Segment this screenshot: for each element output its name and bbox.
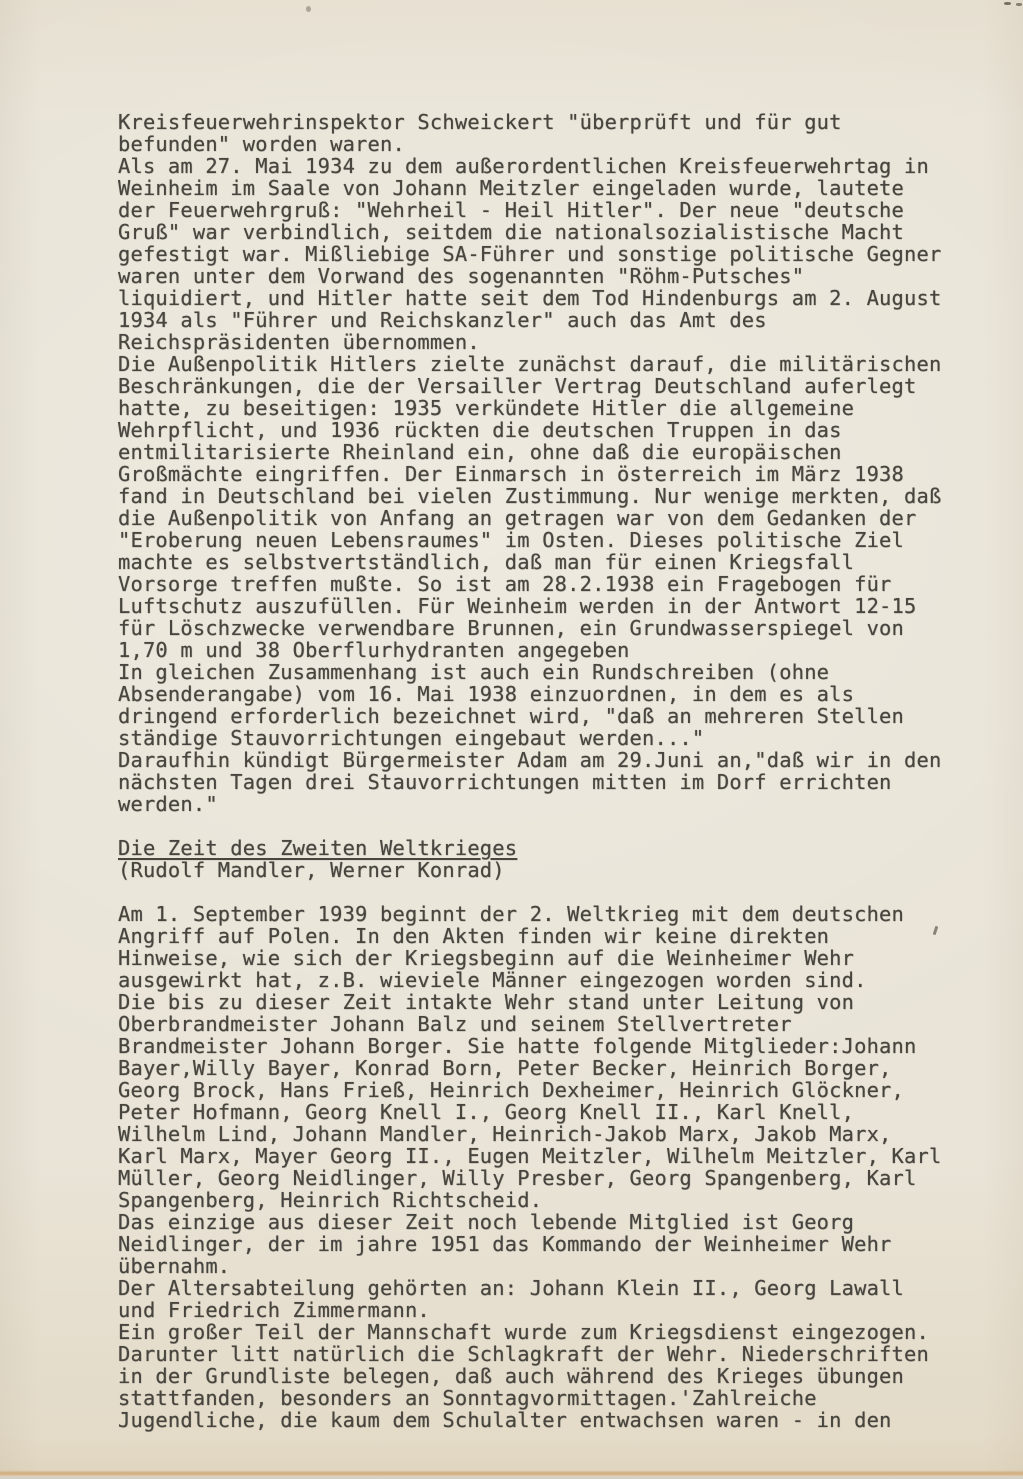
document-line: entmilitarisierte Rheinland ein, ohne da… (118, 441, 978, 463)
paper-speck (1004, 2, 1011, 5)
document-line: Bayer,Willy Bayer, Konrad Born, Peter Be… (118, 1057, 978, 1079)
document-line: in der Grundliste belegen, daß auch währ… (118, 1365, 978, 1387)
document-line: übernahm. (118, 1255, 978, 1277)
document-line: In gleichen Zusammenhang ist auch ein Ru… (118, 661, 978, 683)
document-text: Kreisfeuerwehrinspektor Schweickert "übe… (118, 111, 978, 1431)
document-line: der Feuerwehrgruß: "Wehrheil - Heil Hitl… (118, 199, 978, 221)
document-line: "Eroberung neuen Lebensraumes" im Osten.… (118, 529, 978, 551)
document-line: Karl Marx, Mayer Georg II., Eugen Meitzl… (118, 1145, 978, 1167)
document-line: gefestigt war. Mißliebige SA-Führer und … (118, 243, 978, 265)
document-line: Vorsorge treffen mußte. So ist am 28.2.1… (118, 573, 978, 595)
document-line: Angriff auf Polen. In den Akten finden w… (118, 925, 978, 947)
document-line: Das einzige aus dieser Zeit noch lebende… (118, 1211, 978, 1233)
document-line: ständige Stauvorrichtungen eingebaut wer… (118, 727, 978, 749)
document-line: Beschränkungen, die der Versailler Vertr… (118, 375, 978, 397)
document-line: werden." (118, 793, 978, 815)
section-heading: Die Zeit des Zweiten Weltkrieges (118, 837, 978, 859)
document-line: hatte, zu beseitigen: 1935 verkündete Hi… (118, 397, 978, 419)
document-line: die Außenpolitik von Anfang an getragen … (118, 507, 978, 529)
document-line: Am 1. September 1939 beginnt der 2. Welt… (118, 903, 978, 925)
document-line: 1934 als "Führer und Reichskanzler" auch… (118, 309, 978, 331)
document-line: Darunter litt natürlich die Schlagkraft … (118, 1343, 978, 1365)
document-line: Georg Brock, Hans Frieß, Heinrich Dexhei… (118, 1079, 978, 1101)
document-line: Hinweise, wie sich der Kriegsbeginn auf … (118, 947, 978, 969)
document-line: machte es selbstvertständlich, daß man f… (118, 551, 978, 573)
document-line: und Friedrich Zimmermann. (118, 1299, 978, 1321)
document-line: Gruß" war verbindlich, seitdem die natio… (118, 221, 978, 243)
document-line: liquidiert, und Hitler hatte seit dem To… (118, 287, 978, 309)
document-line: Müller, Georg Neidlinger, Willy Presber,… (118, 1167, 978, 1189)
scanned-page: Kreisfeuerwehrinspektor Schweickert "übe… (0, 0, 1023, 1479)
document-line: Kreisfeuerwehrinspektor Schweickert "übe… (118, 111, 978, 133)
document-line: nächsten Tagen drei Stauvorrichtungen mi… (118, 771, 978, 793)
document-line: Als am 27. Mai 1934 zu dem außerordentli… (118, 155, 978, 177)
document-line: Brandmeister Johann Borger. Sie hatte fo… (118, 1035, 978, 1057)
blank-line (118, 881, 978, 903)
document-line: Luftschutz auszufüllen. Für Weinheim wer… (118, 595, 978, 617)
document-line: ausgewirkt hat, z.B. wieviele Männer ein… (118, 969, 978, 991)
document-line: Ein großer Teil der Mannschaft wurde zum… (118, 1321, 978, 1343)
document-line: Jugendliche, die kaum dem Schulalter ent… (118, 1409, 978, 1431)
document-line: befunden" worden waren. (118, 133, 978, 155)
document-line: Wehrpflicht, und 1936 rückten die deutsc… (118, 419, 978, 441)
document-line: für Löschzwecke verwendbare Brunnen, ein… (118, 617, 978, 639)
blank-line (118, 815, 978, 837)
document-line: waren unter dem Vorwand des sogenannten … (118, 265, 978, 287)
document-line: Daraufhin kündigt Bürgermeister Adam am … (118, 749, 978, 771)
document-line: Neidlinger, der im jahre 1951 das Komman… (118, 1233, 978, 1255)
document-line: Spangenberg, Heinrich Richtscheid. (118, 1189, 978, 1211)
document-line: Peter Hofmann, Georg Knell I., Georg Kne… (118, 1101, 978, 1123)
document-line: 1,70 m und 38 Oberflurhydranten angegebe… (118, 639, 978, 661)
document-line: Die Außenpolitik Hitlers zielte zunächst… (118, 353, 978, 375)
document-line: Der Altersabteilung gehörten an: Johann … (118, 1277, 978, 1299)
document-line: Absenderangabe) vom 16. Mai 1938 einzuor… (118, 683, 978, 705)
document-line: Oberbrandmeister Johann Balz und seinem … (118, 1013, 978, 1035)
document-line: (Rudolf Mandler, Werner Konrad) (118, 859, 978, 881)
document-line: Wilhelm Lind, Johann Mandler, Heinrich-J… (118, 1123, 978, 1145)
document-line: dringend erforderlich bezeichnet wird, "… (118, 705, 978, 727)
document-line: Weinheim im Saale von Johann Meitzler ei… (118, 177, 978, 199)
paper-speck (1016, 3, 1022, 6)
document-line: Reichspräsidenten übernommen. (118, 331, 978, 353)
paper-speck (306, 6, 311, 12)
document-line: Großmächte eingriffen. Der Einmarsch in … (118, 463, 978, 485)
document-line: Die bis zu dieser Zeit intakte Wehr stan… (118, 991, 978, 1013)
document-line: fand in Deutschland bei vielen Zustimmun… (118, 485, 978, 507)
document-line: stattfanden, besonders an Sonntagvormitt… (118, 1387, 978, 1409)
